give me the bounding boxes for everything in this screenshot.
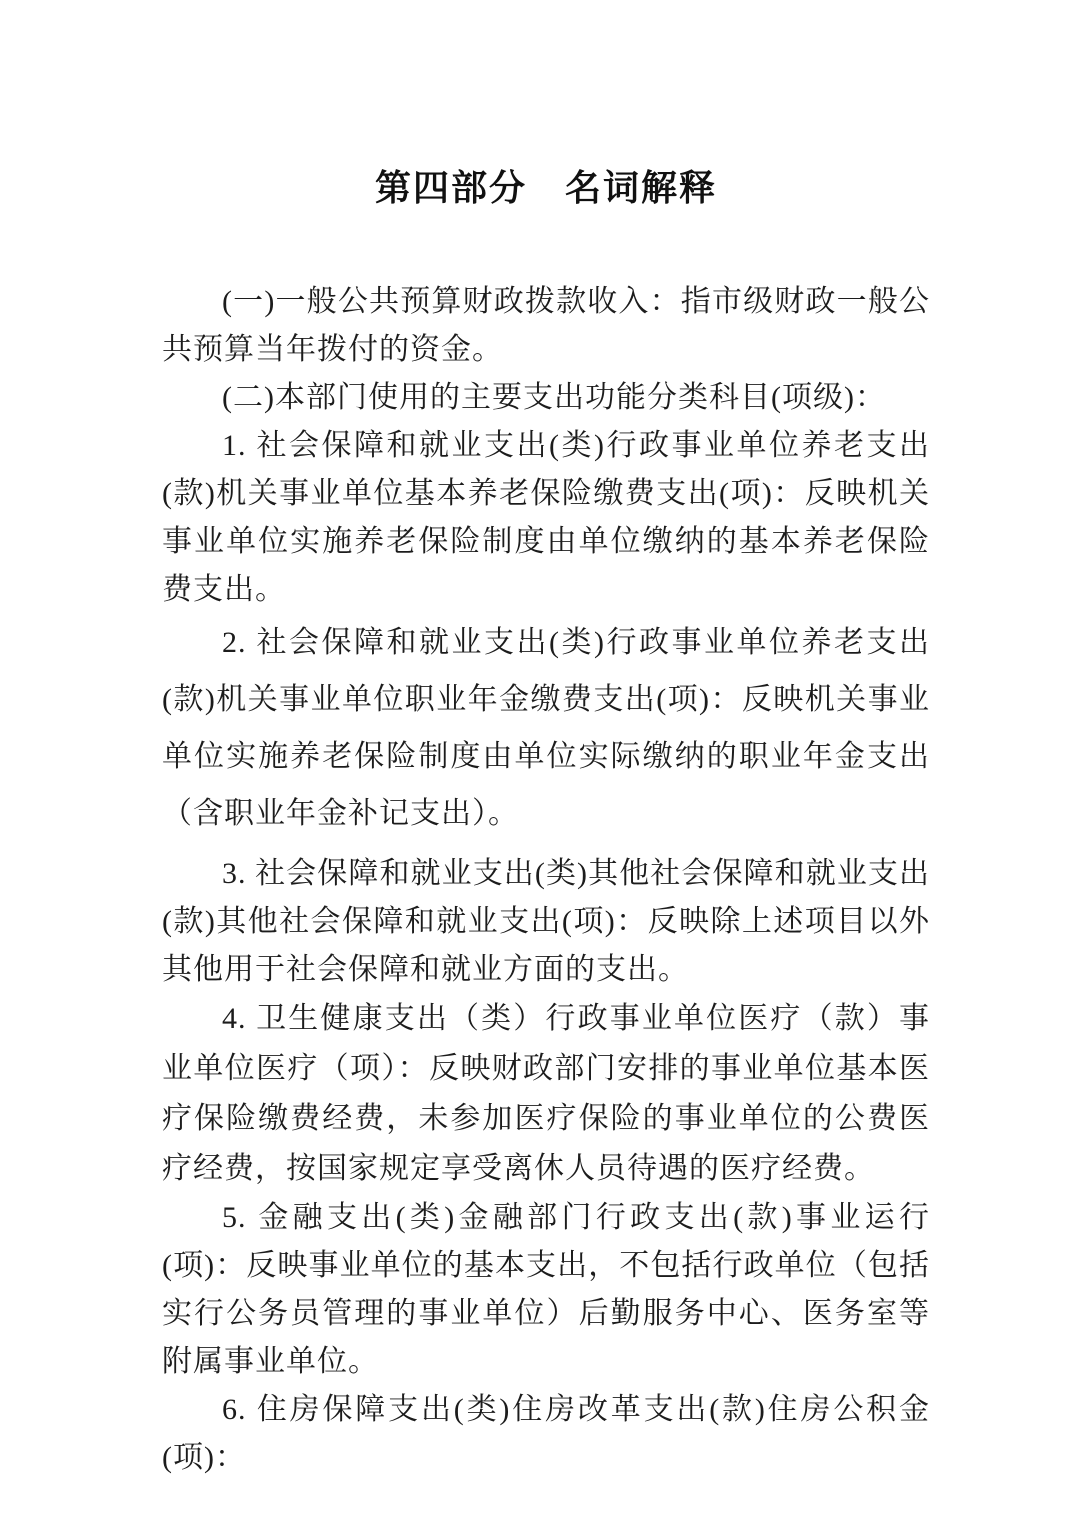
paragraph-item-4-health-expenditure: 4. 卫生健康支出（类）行政事业单位医疗（款）事业单位医疗（项）：反映财政部门安… [162,994,930,1194]
section-title: 第四部分 名词解释 [162,168,930,208]
paragraph-item-3-other-social-security: 3. 社会保障和就业支出(类)其他社会保障和就业支出(款)其他社会保障和就业支出… [162,850,930,994]
document-page: 第四部分 名词解释 (一)一般公共预算财政拨款收入：指市级财政一般公共预算当年拨… [0,0,1074,1520]
paragraph-item-1-basic-pension: 1. 社会保障和就业支出(类)行政事业单位养老支出(款)机关事业单位基本养老保险… [162,422,930,614]
paragraph-general-public-budget-revenue: (一)一般公共预算财政拨款收入：指市级财政一般公共预算当年拨付的资金。 [162,278,930,374]
paragraph-item-5-finance-expenditure: 5. 金融支出(类)金融部门行政支出(款)事业运行(项)：反映事业单位的基本支出… [162,1194,930,1386]
paragraph-item-2-occupational-annuity: 2. 社会保障和就业支出(类)行政事业单位养老支出(款)机关事业单位职业年金缴费… [162,614,930,842]
paragraph-item-6-housing-fund: 6. 住房保障支出(类)住房改革支出(款)住房公积金(项)： [162,1386,930,1482]
paragraph-expenditure-classification-intro: (二)本部门使用的主要支出功能分类科目(项级)： [162,374,930,422]
